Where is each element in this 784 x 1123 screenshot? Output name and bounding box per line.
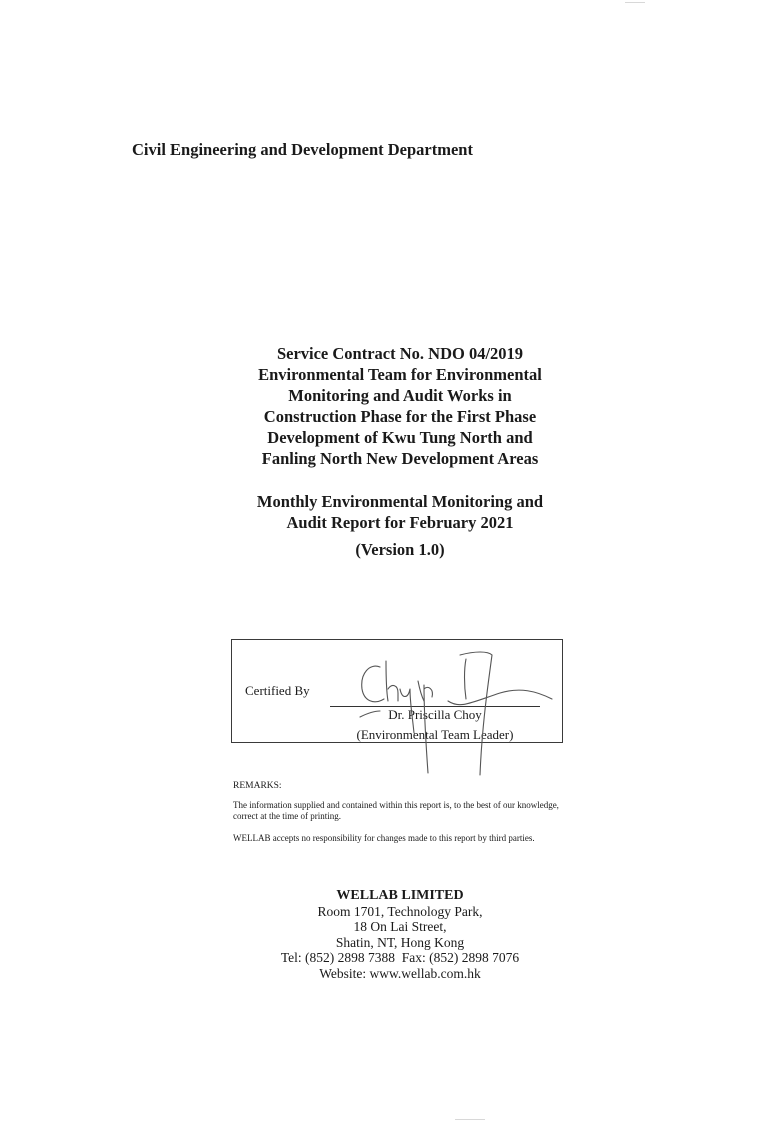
contract-line: Service Contract No. NDO 04/2019 [240, 343, 560, 364]
company-address-line: Room 1701, Technology Park, [280, 904, 520, 920]
report-title-line: Audit Report for February 2021 [240, 512, 560, 533]
contract-line: Environmental Team for Environmental [240, 364, 560, 385]
contract-line: Monitoring and Audit Works in [240, 385, 560, 406]
remarks-text-responsibility: WELLAB accepts no responsibility for cha… [233, 833, 573, 843]
remarks-text-accuracy: The information supplied and contained w… [233, 800, 573, 822]
company-address-line: Shatin, NT, Hong Kong [280, 935, 520, 951]
scan-artifact [455, 1119, 485, 1120]
contract-line: Construction Phase for the First Phase [240, 406, 560, 427]
company-name: WELLAB LIMITED [280, 888, 520, 904]
company-address-line: 18 On Lai Street, [280, 919, 520, 935]
company-contact: Tel: (852) 2898 7388 Fax: (852) 2898 707… [280, 950, 520, 966]
report-title: Monthly Environmental Monitoring and Aud… [240, 491, 560, 533]
signer-title: (Environmental Team Leader) [330, 727, 540, 743]
department-name: Civil Engineering and Development Depart… [132, 140, 473, 160]
report-title-line: Monthly Environmental Monitoring and [240, 491, 560, 512]
company-info: WELLAB LIMITED Room 1701, Technology Par… [280, 888, 520, 982]
certified-by-label: Certified By [245, 683, 310, 699]
contract-line: Fanling North New Development Areas [240, 448, 560, 469]
scan-artifact [625, 2, 645, 3]
contract-title: Service Contract No. NDO 04/2019 Environ… [240, 343, 560, 469]
contract-line: Development of Kwu Tung North and [240, 427, 560, 448]
version-label: (Version 1.0) [240, 540, 560, 560]
signer-name: Dr. Priscilla Choy [330, 707, 540, 723]
remarks-heading: REMARKS: [233, 781, 282, 791]
company-website: Website: www.wellab.com.hk [280, 966, 520, 982]
